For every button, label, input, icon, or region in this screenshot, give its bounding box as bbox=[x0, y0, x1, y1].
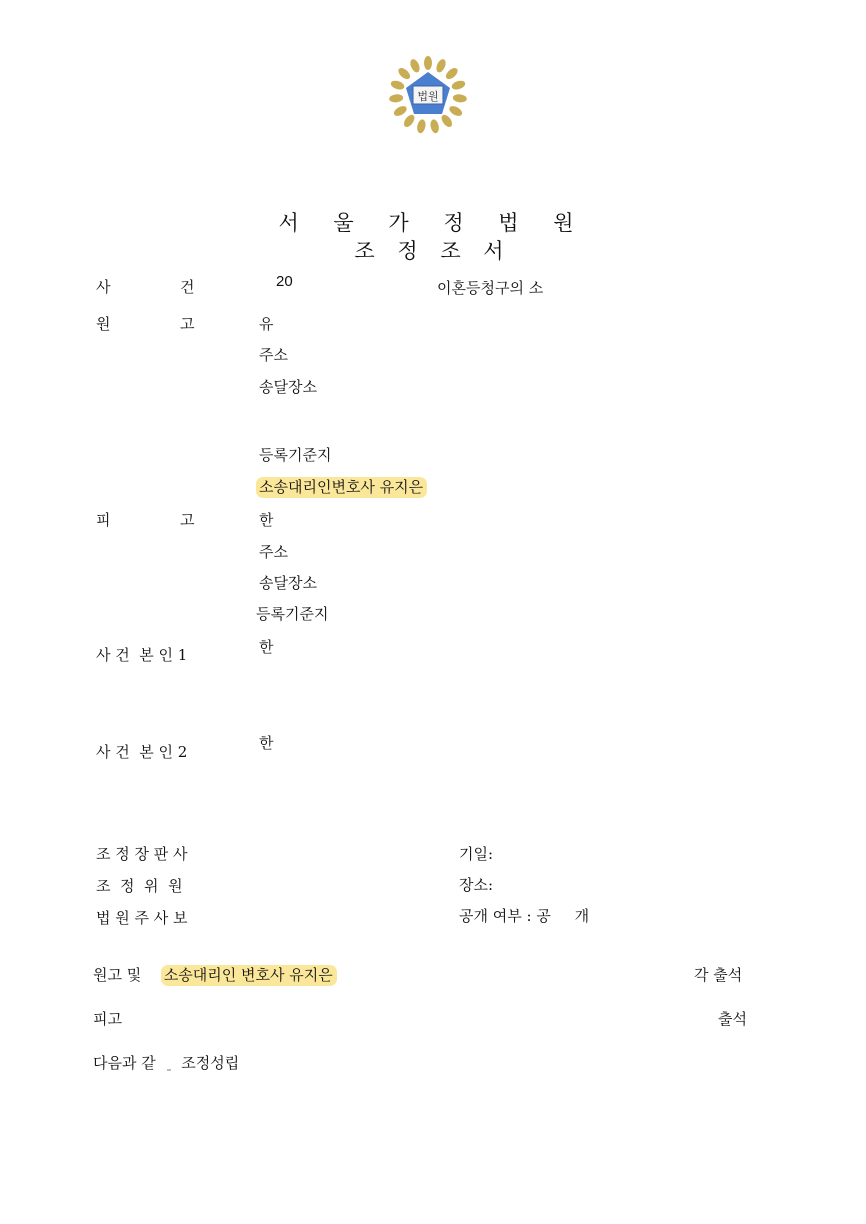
principal-2-label: 사 건 본 인 2 bbox=[96, 743, 187, 761]
plaintiff-label-2: 고 bbox=[180, 315, 195, 333]
attendance-defendant-status: 출석 bbox=[718, 1010, 747, 1028]
judge-label: 조 정 장 판 사 bbox=[96, 845, 188, 863]
case-name: 이혼등청구의 소 bbox=[437, 279, 543, 297]
defendant-label-1: 피 bbox=[96, 511, 111, 529]
conclusion-text-2: 조정성립 bbox=[181, 1054, 239, 1072]
plaintiff-counsel: 소송대리인변호사 유지은 bbox=[256, 478, 427, 496]
defendant-label-2: 고 bbox=[180, 511, 195, 529]
attendance-plaintiff-counsel: 소송대리인 변호사 유지은 bbox=[161, 965, 337, 986]
defendant-registry-label: 등록기준지 bbox=[256, 605, 328, 623]
conclusion: 다음과 같 조정성립 bbox=[93, 1054, 239, 1072]
case-label-1: 사 bbox=[96, 278, 111, 296]
attendance-plaintiff-status: 각 출석 bbox=[694, 966, 742, 984]
public-label: 공개 여부 : 공 개 bbox=[459, 907, 589, 925]
attendance-plaintiff-prefix: 원고 및 bbox=[93, 966, 141, 984]
date-label: 기일: bbox=[459, 845, 493, 863]
plaintiff-registry-label: 등록기준지 bbox=[259, 446, 331, 464]
case-label-2: 건 bbox=[180, 278, 195, 296]
doc-title: 조 정 조 서 bbox=[0, 235, 866, 265]
principal-2-name: 한 bbox=[259, 734, 274, 752]
plaintiff-name: 유 bbox=[259, 315, 274, 333]
clerk-label: 법 원 주 사 보 bbox=[96, 909, 188, 927]
principal-1-name: 한 bbox=[259, 638, 274, 656]
court-emblem-icon: 법원 bbox=[388, 55, 468, 135]
place-label: 장소: bbox=[459, 876, 493, 894]
attendance-plaintiff: 원고 및 소송대리인 변호사 유지은 bbox=[93, 966, 337, 984]
defendant-name: 한 bbox=[259, 511, 274, 529]
plaintiff-delivery-label: 송달장소 bbox=[259, 378, 317, 396]
defendant-address-label: 주소 bbox=[259, 543, 288, 561]
case-number: 20 bbox=[276, 273, 293, 291]
plaintiff-address-label: 주소 bbox=[259, 346, 288, 364]
attendance-defendant: 피고 bbox=[93, 1010, 122, 1028]
court-name: 서 울 가 정 법 원 bbox=[0, 207, 866, 237]
plaintiff-label-1: 원 bbox=[96, 315, 111, 333]
conclusion-text-1: 다음과 같 bbox=[93, 1054, 156, 1072]
principal-1-label: 사 건 본 인 1 bbox=[96, 646, 187, 664]
defendant-delivery-label: 송달장소 bbox=[259, 574, 317, 592]
svg-text:법원: 법원 bbox=[417, 89, 438, 103]
mediator-label: 조 정 위 원 bbox=[96, 877, 183, 895]
plaintiff-counsel-highlight: 소송대리인변호사 유지은 bbox=[256, 477, 427, 498]
